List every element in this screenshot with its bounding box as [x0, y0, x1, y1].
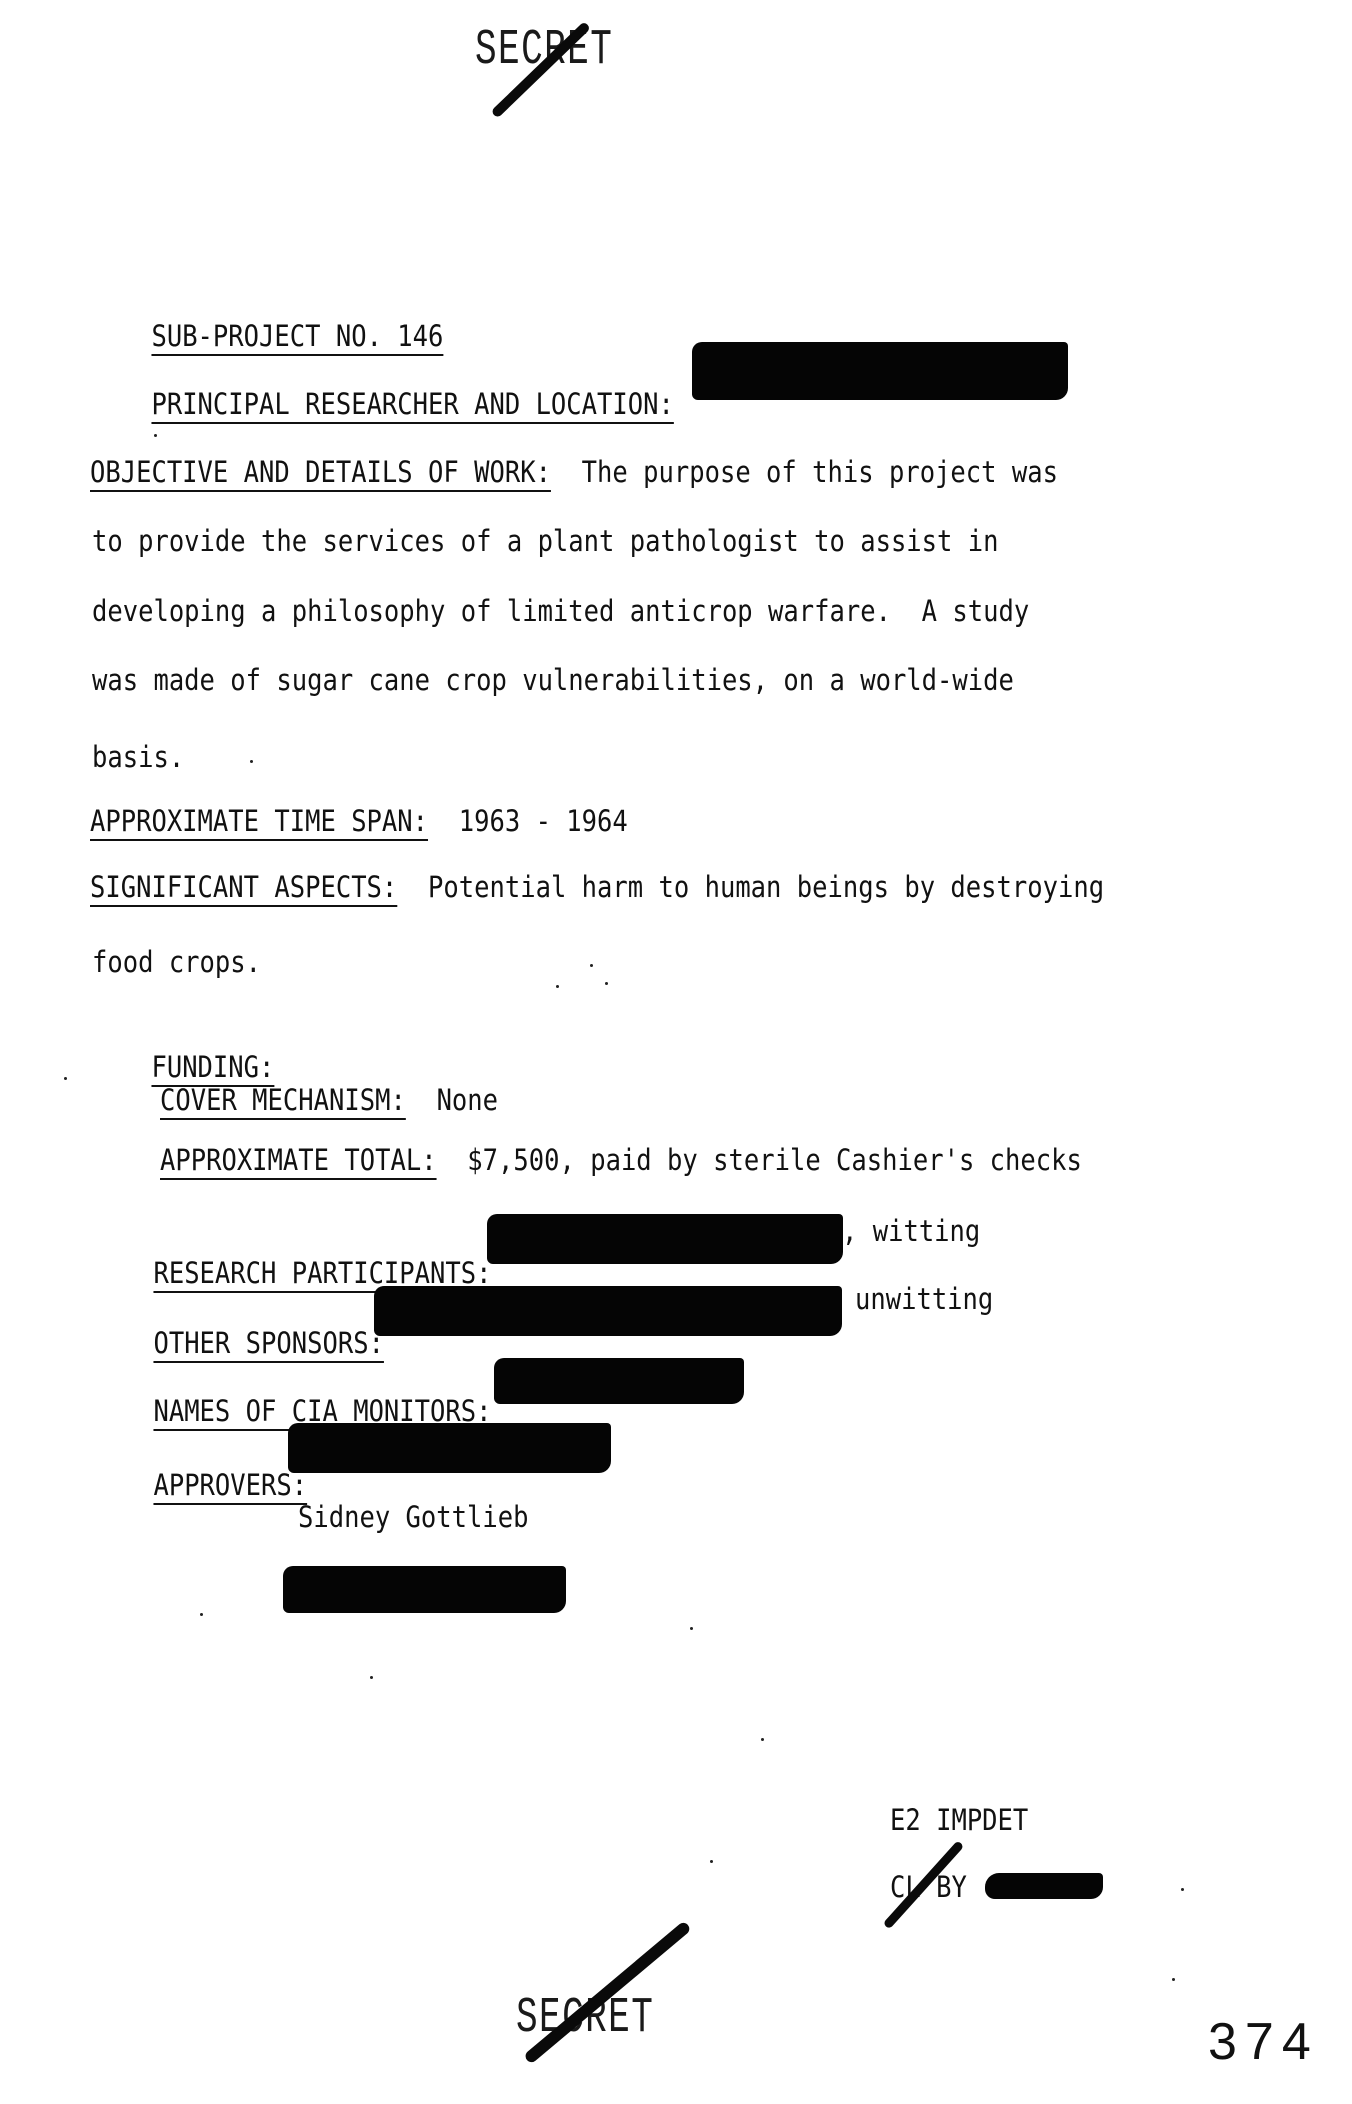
redaction-principal-researcher: [692, 342, 1068, 400]
approximate-total-label: APPROXIMATE TOTAL:: [160, 1143, 437, 1177]
objective-line-4: was made of sugar cane crop vulnerabilit…: [92, 663, 1014, 697]
significant-aspects-line-2: food crops.: [92, 945, 261, 979]
objective-line-3: developing a philosophy of limited antic…: [92, 594, 1029, 628]
time-span-row: APPROXIMATE TIME SPAN: 1963 - 1964: [90, 804, 628, 838]
significant-aspects-label: SIGNIFICANT ASPECTS:: [90, 870, 397, 904]
approver-name: Sidney Gottlieb: [298, 1500, 528, 1534]
cover-mechanism-row: COVER MECHANISM: None: [160, 1083, 498, 1117]
objective-line-5: basis.: [92, 740, 184, 774]
scan-speck: [605, 982, 608, 985]
principal-researcher-row: PRINCIPAL RESEARCHER AND LOCATION:: [90, 353, 674, 455]
time-span-label: APPROXIMATE TIME SPAN:: [90, 804, 428, 838]
scan-speck: [64, 1077, 67, 1080]
redaction-approver-1: [288, 1423, 611, 1473]
redaction-cia-monitors: [494, 1358, 744, 1404]
research-participants-label: RESEARCH PARTICIPANTS:: [153, 1256, 491, 1290]
redaction-research-participants: [487, 1214, 843, 1264]
document-page: SECRET SUB-PROJECT NO. 146 PRINCIPAL RES…: [0, 0, 1352, 2104]
approximate-total-row: APPROXIMATE TOTAL: $7,500, paid by steri…: [160, 1143, 1082, 1177]
scan-speck: [690, 1627, 693, 1630]
cover-mechanism-value: None: [437, 1083, 498, 1117]
approximate-total-value: $7,500, paid by sterile Cashier's checks: [467, 1143, 1082, 1177]
declassification-line-1: E2 IMPDET: [890, 1803, 1028, 1837]
time-span-value: 1963 - 1964: [459, 804, 628, 838]
other-sponsors-suffix: unwitting: [855, 1282, 993, 1316]
objective-line-1: The purpose of this project was: [582, 455, 1058, 489]
significant-aspects-line-1: Potential harm to human beings by destro…: [428, 870, 1104, 904]
redaction-other-sponsors: [374, 1286, 842, 1336]
funding-label: FUNDING:: [151, 1050, 274, 1084]
significant-aspects-row: SIGNIFICANT ASPECTS: Potential harm to h…: [90, 870, 1104, 904]
objective-row: OBJECTIVE AND DETAILS OF WORK: The purpo…: [90, 455, 1058, 489]
scan-speck: [556, 985, 559, 988]
scan-speck: [250, 760, 253, 763]
objective-line-2: to provide the services of a plant patho…: [92, 524, 998, 558]
objective-label: OBJECTIVE AND DETAILS OF WORK:: [90, 455, 551, 489]
redaction-classified-by: [985, 1873, 1103, 1899]
scan-speck: [1172, 1978, 1175, 1981]
approvers-row: APPROVERS:: [92, 1434, 307, 1536]
principal-researcher-label: PRINCIPAL RESEARCHER AND LOCATION:: [151, 387, 673, 421]
scan-speck: [200, 1613, 203, 1616]
scan-speck: [154, 434, 157, 437]
redaction-approver-3: [283, 1566, 566, 1613]
research-participants-suffix: , witting: [842, 1214, 980, 1248]
approvers-label: APPROVERS:: [153, 1468, 307, 1502]
scan-speck: [590, 964, 593, 967]
cover-mechanism-label: COVER MECHANISM:: [160, 1083, 406, 1117]
other-sponsors-label: OTHER SPONSORS:: [153, 1326, 383, 1360]
page-number: 374: [1208, 2012, 1319, 2072]
scan-speck: [1181, 1888, 1184, 1891]
scan-speck: [370, 1676, 373, 1679]
subproject-label: SUB-PROJECT NO. 146: [151, 319, 443, 353]
scan-speck: [710, 1860, 713, 1863]
scan-speck: [761, 1738, 764, 1741]
